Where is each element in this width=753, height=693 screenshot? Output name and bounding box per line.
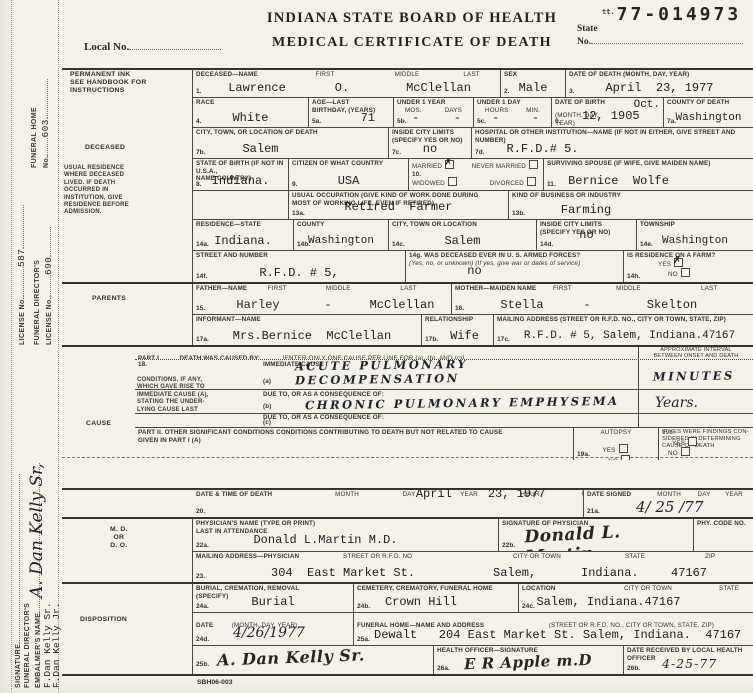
sidebar-funeral-home: FUNERAL HOME No.603 bbox=[30, 62, 51, 168]
interval-b-cell: Years. bbox=[638, 390, 753, 413]
cause-a-row: 18. IMMEDIATE CAUSE (a) ACUTE PULMONARY … bbox=[135, 359, 753, 389]
disposition-location-field: LOCATION CITY OR TOWN STATE 24c. Salem, … bbox=[518, 584, 753, 612]
informant-mailing-value: R.F.D. # 5, Salem, Indiana.47167 bbox=[506, 330, 753, 343]
cemetery-value: Crown Hill bbox=[353, 596, 518, 609]
stamp-number: 77-014973 bbox=[617, 4, 742, 25]
residence-county-field: COUNTY 14b. Washington bbox=[293, 220, 388, 250]
under-1-year-field: UNDER 1 YEAR MOS.DAYS 5b. -- bbox=[393, 98, 473, 127]
interval-a-value: MINUTES bbox=[653, 368, 735, 383]
embalmer-typed-name: F.Dan Kelly Jr. bbox=[52, 390, 61, 688]
immediate-cause-value: ACUTE PULMONARY DECOMPENSATION bbox=[295, 360, 638, 387]
funeral-director-handwritten-signature: A. Dan Kelly Sr, bbox=[27, 383, 47, 598]
local-no-label: Local No. bbox=[84, 40, 221, 53]
informant-mailing-field: MAILING ADDRESS (STREET OR R.F.D. NO., C… bbox=[493, 315, 753, 345]
physician-street-value: 304 East Market St. bbox=[271, 567, 415, 580]
residence-limits-value: no bbox=[537, 229, 636, 242]
mother-name-field: MOTHER—MAIDEN NAME FIRST MIDDLE LAST 16.… bbox=[451, 284, 753, 314]
physician-signature-field: SIGNATURE OF PHYSICIAN 22b. Donald L. Ma… bbox=[498, 519, 693, 551]
interval-c-cell bbox=[638, 414, 753, 427]
occupation-field: USUAL OCCUPATION (GIVE KIND OF WORK DONE… bbox=[288, 191, 508, 219]
interval-header: APPROXIMATE INTERVAL BETWEEN ONSET AND D… bbox=[638, 347, 753, 359]
certificate-form: PERMANENT INK SEE HANDBOOK FOR INSTRUCTI… bbox=[62, 68, 753, 676]
informant-value: Mrs.Bernice McClellan bbox=[203, 330, 421, 343]
sidebar-funeral-directors-license: FUNERAL DIRECTOR'S LICENSE No.690 bbox=[33, 185, 54, 345]
document-title: MEDICAL CERTIFICATE OF DEATH bbox=[232, 35, 592, 51]
interval-b-value: Years. bbox=[655, 395, 698, 411]
due-to-c-field: DUE TO, OR AS A CONSEQUENCE OF: (c) bbox=[135, 414, 638, 427]
relationship-value: Wife bbox=[436, 330, 493, 343]
date-time-of-death-value: April 23, 1977 6.50 A M. bbox=[315, 490, 583, 515]
farm-no-checkbox bbox=[681, 268, 690, 277]
autopsy-field: AUTOPSY YES NO 19a. bbox=[573, 428, 658, 460]
physician-state-value: Indiana. bbox=[581, 567, 639, 580]
burial-field: BURIAL, CREMATION, REMOVAL (SPECIFY) 24a… bbox=[193, 584, 353, 612]
sex-field: SEX 2. Male bbox=[500, 70, 565, 97]
disposition-section: BURIAL, CREMATION, REMOVAL (SPECIFY) 24a… bbox=[62, 582, 753, 676]
funeral-home-label: FUNERAL HOME bbox=[30, 62, 40, 168]
cemetery-field: CEMETERY, CREMATORY, FUNERAL HOME 24b. C… bbox=[353, 584, 518, 612]
city-limits-field: INSIDE CITY LIMITS (SPECIFY YES OR NO) 7… bbox=[388, 128, 471, 158]
blank-cell bbox=[193, 191, 288, 219]
informant-field: INFORMANT—NAME 17a. Mrs.Bernice McClella… bbox=[193, 315, 421, 345]
deceased-name-value: Lawrence O. McClellan bbox=[207, 82, 500, 95]
surviving-spouse-value: Bernice Wolfe bbox=[543, 175, 753, 188]
state-no-label: State No. bbox=[577, 24, 743, 47]
funeral-director-signature-value: A. Dan Kelly Sr. bbox=[217, 646, 365, 670]
physician-zip-value: 47167 bbox=[671, 567, 707, 580]
funeral-director-signature-field: 25b. A. Dan Kelly Sr. bbox=[193, 646, 433, 674]
married-checkbox bbox=[445, 160, 454, 169]
race-age-row: RACE 4. White AGE—LAST BIRTHDAY, (YEARS)… bbox=[193, 97, 753, 127]
cause-c-row: DUE TO, OR AS A CONSEQUENCE OF: (c) bbox=[135, 413, 753, 427]
street-armed-farm-row: STREET AND NUMBER 14f. R.F.D. # 5, 14g. … bbox=[193, 250, 753, 282]
local-no-line bbox=[129, 40, 221, 50]
immediate-cause-field: 18. IMMEDIATE CAUSE (a) ACUTE PULMONARY … bbox=[135, 360, 638, 389]
form-code: SBH06-003 bbox=[197, 679, 233, 686]
citizen-field: CITIZEN OF WHAT COUNTRY 9. USA bbox=[288, 159, 408, 190]
sex-value: Male bbox=[501, 82, 565, 95]
city-limits-value: no bbox=[389, 143, 471, 156]
cause-section: CONDITIONS, IF ANY, WHICH GAVE RISE TO I… bbox=[62, 345, 753, 458]
date-time-section: DATE & TIME OF DEATH MONTH DAY YEAR HOUR… bbox=[62, 488, 753, 517]
race-field: RACE 4. White bbox=[193, 98, 308, 127]
cause-b-row: DUE TO, OR AS A CONSEQUENCE OF: (b) CHRO… bbox=[135, 389, 753, 413]
street-field: STREET AND NUMBER 14f. R.F.D. # 5, bbox=[193, 251, 405, 282]
industry-field: KIND OF BUSINESS OR INDUSTRY 13b. Farmin… bbox=[508, 191, 753, 219]
date-of-birth-field: DATE OF BIRTHOct. (MONTH, DAY, YEAR) 6. … bbox=[551, 98, 663, 127]
divorced-checkbox bbox=[527, 177, 536, 186]
date-signed-value: 4/ 25 /77 bbox=[636, 498, 703, 516]
disposition-date-value: 4/26/1977 bbox=[233, 625, 305, 641]
mother-name-value: Stella - Skelton bbox=[477, 299, 753, 312]
informant-row: INFORMANT—NAME 17a. Mrs.Bernice McClella… bbox=[193, 314, 753, 345]
county-of-death-value: Washington bbox=[664, 112, 753, 125]
deceased-section: DECEASED—NAME FIRST MIDDLE LAST 1. Lawre… bbox=[62, 68, 753, 282]
occupation-value: Retired Farmer bbox=[289, 201, 508, 214]
physician-name-value: Donald L.Martin M.D. bbox=[193, 534, 498, 547]
industry-value: Farming bbox=[508, 204, 753, 217]
interval-a-cell: MINUTES bbox=[638, 360, 753, 389]
phy-code-field: PHY. CODE NO. bbox=[693, 519, 753, 551]
disposition-location-value: Salem, Indiana.47167 bbox=[518, 596, 753, 609]
date-received-field: DATE RECEIVED BY LOCAL HEALTH OFFICER 26… bbox=[623, 646, 753, 674]
findings-field: IF YES WERE FINDINGS CON- SIDERED IN DET… bbox=[658, 428, 753, 460]
city-of-death-value: Salem bbox=[193, 143, 388, 156]
race-value: White bbox=[193, 112, 308, 125]
date-time-of-death-field: DATE & TIME OF DEATH MONTH DAY YEAR HOUR… bbox=[193, 490, 583, 517]
citizen-value: USA bbox=[289, 175, 408, 188]
father-name-field: FATHER—NAME FIRST MIDDLE LAST 15. Harley… bbox=[193, 284, 451, 314]
date-of-birth-value: 12, 1905 bbox=[582, 110, 663, 123]
farm-yes-checkbox bbox=[674, 258, 683, 267]
funeral-home-value: Dewalt 204 East Market St. Salem, Indian… bbox=[374, 629, 753, 642]
birth-citizen-marital-row: STATE OF BIRTH (IF NOT IN U.S.A., NAME C… bbox=[193, 158, 753, 190]
agency-title: INDIANA STATE BOARD OF HEALTH bbox=[232, 10, 592, 27]
due-to-b-value: CHRONIC PULMONARY EMPHYSEMA bbox=[305, 394, 620, 412]
father-name-value: Harley - McClellan bbox=[213, 299, 451, 312]
license-number: LICENSE No.587 bbox=[16, 187, 28, 345]
street-value: R.F.D. # 5, bbox=[193, 267, 405, 280]
document-header: INDIANA STATE BOARD OF HEALTH MEDICAL CE… bbox=[232, 10, 592, 51]
place-of-death-row: CITY, TOWN, OR LOCATION OF DEATH 7b. Sal… bbox=[193, 127, 753, 158]
fd-license-number: LICENSE No.690 bbox=[43, 185, 55, 345]
physician-name-row: PHYSICIAN'S NAME (TYPE OR PRINT) LAST IN… bbox=[193, 519, 753, 551]
residence-county-value: Washington bbox=[294, 235, 388, 248]
township-value: Washington bbox=[637, 235, 753, 248]
residence-city-value: Salem bbox=[389, 235, 536, 248]
disposition-date-row: DATE (MONTH, DAY, YEAR) 24d. 4/26/1977 F… bbox=[193, 612, 753, 645]
stamp-prefix: tt. bbox=[602, 8, 615, 16]
part2-row: PART II. OTHER SIGNIFICANT CONDITIONS CO… bbox=[135, 427, 753, 460]
health-officer-signature-value: E R Apple m.D bbox=[464, 651, 593, 673]
city-of-death-field: CITY, TOWN, OR LOCATION OF DEATH 7b. Sal… bbox=[193, 128, 388, 158]
residence-state-field: RESIDENCE—STATE 14a. Indiana. bbox=[193, 220, 293, 250]
part1-header-row: PART I. DEATH WAS CAUSED BY: [ENTER ONLY… bbox=[135, 347, 753, 359]
never-married-checkbox bbox=[529, 160, 538, 169]
state-no-line bbox=[591, 34, 743, 44]
signatures-row: 25b. A. Dan Kelly Sr. HEALTH OFFICER—SIG… bbox=[193, 645, 753, 674]
date-of-death-field: DATE OF DEATH (MONTH, DAY, YEAR) 3. Apri… bbox=[565, 70, 753, 97]
age-value: 71 bbox=[309, 112, 375, 125]
funeral-home-field: FUNERAL HOME—NAME AND ADDRESS (STREET OR… bbox=[353, 613, 753, 645]
county-of-death-field: COUNTY OF DEATH 7a. Washington bbox=[663, 98, 753, 127]
certificate-number-stamp: tt.77-014973 bbox=[602, 4, 741, 25]
name-row: DECEASED—NAME FIRST MIDDLE LAST 1. Lawre… bbox=[193, 70, 753, 97]
date-signed-field: DATE SIGNED MONTH DAY YEAR 21a. 4/ 25 /7… bbox=[583, 490, 753, 517]
date-received-value: 4-25-77 bbox=[662, 656, 717, 671]
occupation-row: USUAL OCCUPATION (GIVE KIND OF WORK DONE… bbox=[193, 190, 753, 219]
residence-city-field: CITY, TOWN OR LOCATION 14c. Salem bbox=[388, 220, 536, 250]
physician-city-value: Salem, bbox=[493, 567, 536, 580]
residence-state-value: Indiana. bbox=[193, 235, 293, 248]
surviving-spouse-field: SURVIVING SPOUSE (IF WIFE, GIVE MAIDEN N… bbox=[543, 159, 753, 190]
physician-name-field: PHYSICIAN'S NAME (TYPE OR PRINT) LAST IN… bbox=[193, 519, 498, 551]
physician-address-row: MAILING ADDRESS—PHYSICIAN STREET OR R.F.… bbox=[193, 551, 753, 582]
physician-address-field: MAILING ADDRESS—PHYSICIAN STREET OR R.F.… bbox=[193, 552, 753, 582]
due-to-b-field: DUE TO, OR AS A CONSEQUENCE OF: (b) CHRO… bbox=[135, 390, 638, 413]
part2-conditions-field: PART II. OTHER SIGNIFICANT CONDITIONS CO… bbox=[135, 428, 573, 460]
deceased-name-field: DECEASED—NAME FIRST MIDDLE LAST 1. Lawre… bbox=[193, 70, 500, 97]
disposition-date-field: DATE (MONTH, DAY, YEAR) 24d. 4/26/1977 bbox=[193, 613, 353, 645]
parents-section: FATHER—NAME FIRST MIDDLE LAST 15. Harley… bbox=[62, 282, 753, 345]
residence-row: RESIDENCE—STATE 14a. Indiana. COUNTY 14b… bbox=[193, 219, 753, 250]
residence-limits-field: INSIDE CITY LIMITS (SPECIFY YES OR NO) 1… bbox=[536, 220, 636, 250]
farm-residence-field: IS RESIDENCE ON A FARM? 14h. YES NO bbox=[623, 251, 753, 282]
armed-forces-field: 14g. WAS DECEASED EVER IN U. S. ARMED FO… bbox=[405, 251, 623, 282]
age-field: AGE—LAST BIRTHDAY, (YEARS) 5a. 71 bbox=[308, 98, 393, 127]
relationship-field: RELATIONSHIP 17b. Wife bbox=[421, 315, 493, 345]
findings-yes-checkbox bbox=[688, 437, 697, 446]
state-of-birth-field: STATE OF BIRTH (IF NOT IN U.S.A., NAME C… bbox=[193, 159, 288, 190]
funeral-home-number: No.603 bbox=[40, 62, 52, 168]
autopsy-no-checkbox bbox=[621, 455, 630, 460]
parents-names-row: FATHER—NAME FIRST MIDDLE LAST 15. Harley… bbox=[193, 284, 753, 314]
burial-value: Burial bbox=[193, 596, 353, 609]
findings-no-checkbox bbox=[681, 447, 690, 456]
physician-section: PHYSICIAN'S NAME (TYPE OR PRINT) LAST IN… bbox=[62, 517, 753, 582]
widowed-checkbox bbox=[448, 177, 457, 186]
date-of-death-value: April 23, 1977 bbox=[566, 82, 753, 95]
armed-forces-value: no bbox=[405, 265, 623, 278]
township-field: TOWNSHIP 14e. Washington bbox=[636, 220, 753, 250]
fd-license-label: FUNERAL DIRECTOR'S bbox=[33, 185, 43, 345]
state-of-birth-value: Indiana. bbox=[193, 175, 288, 188]
under-1-day-field: UNDER 1 DAY HOURSMIN. 5c. -- bbox=[473, 98, 551, 127]
deceased-name-label: DECEASED—NAME bbox=[196, 71, 282, 79]
hospital-value: R.F.D.# 5. bbox=[471, 143, 753, 156]
hospital-field: HOSPITAL OR OTHER INSTITUTION—NAME (IF N… bbox=[471, 128, 753, 158]
marital-status-field: MARRIED NEVER MARRIED 10. WIDOWED DIVORC… bbox=[408, 159, 543, 190]
fd-signature-label: SIGNATURE bbox=[12, 390, 23, 688]
autopsy-yes-checkbox bbox=[619, 444, 628, 453]
health-officer-signature-field: HEALTH OFFICER—SIGNATURE 26a. E R Apple … bbox=[433, 646, 623, 674]
burial-row: BURIAL, CREMATION, REMOVAL (SPECIFY) 24a… bbox=[193, 584, 753, 612]
death-certificate-scan: INDIANA STATE BOARD OF HEALTH MEDICAL CE… bbox=[0, 0, 753, 693]
sidebar-license: LICENSE No.587 bbox=[16, 187, 28, 345]
